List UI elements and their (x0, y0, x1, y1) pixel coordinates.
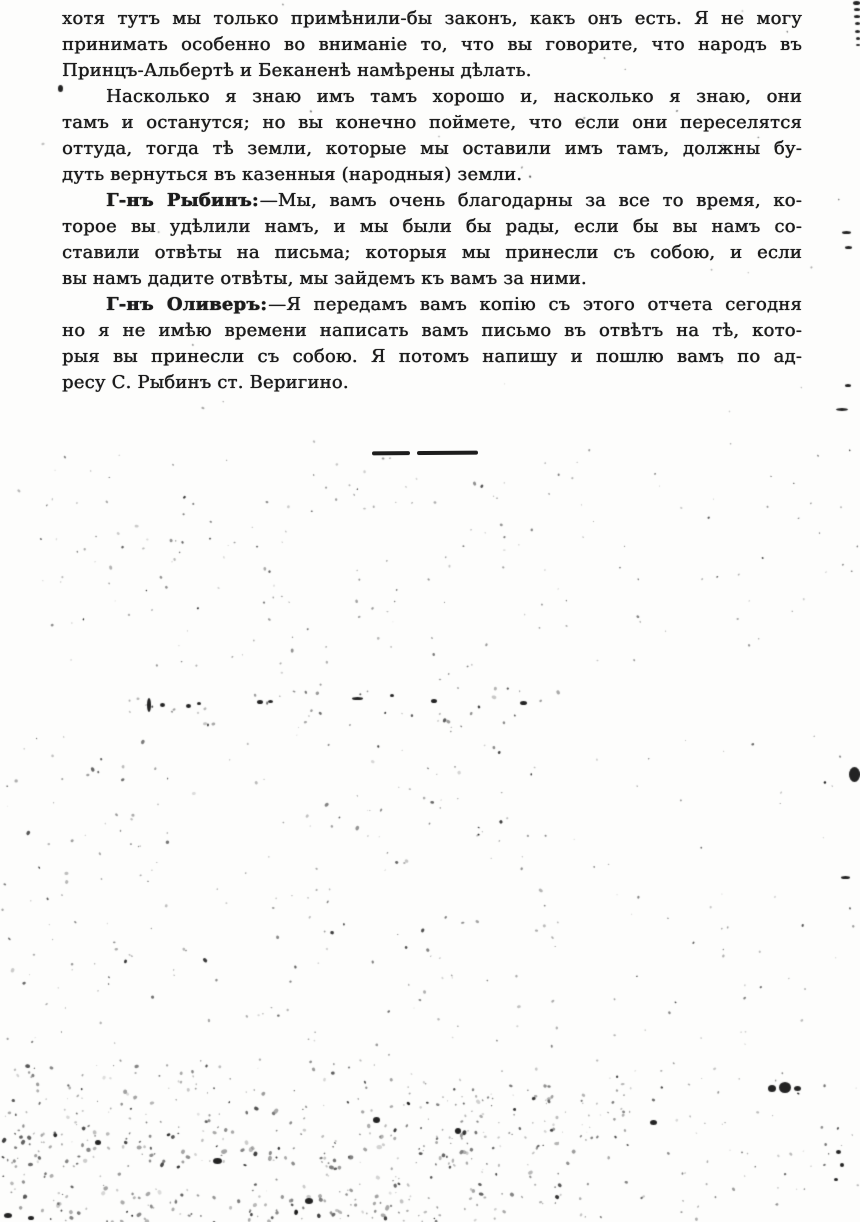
text-line: ресу С. Рыбинъ ст. Веригино. (62, 370, 802, 396)
text-line: торое вы удѣлили намъ, и мы были бы рады… (62, 214, 802, 240)
paragraph: Г-нъ Рыбинъ:—Мы, вамъ очень благодарны з… (62, 188, 802, 292)
text-line: ставили отвѣты на письма; которыя мы при… (62, 240, 802, 266)
text-line: но я не имѣю времени написать вамъ письм… (62, 318, 802, 344)
speaker-name: Г-нъ Оливеръ: (106, 294, 267, 315)
divider-dash-right (417, 451, 478, 455)
section-divider-rule (372, 451, 478, 458)
paragraph: Г-нъ Оливеръ:—Я передамъ вамъ копію съ э… (62, 292, 802, 396)
text-line: дуть вернуться въ казенныя (народныя) зе… (62, 162, 802, 188)
text-line: вы намъ дадите отвѣты, мы зайдемъ къ вам… (62, 266, 802, 292)
text-line: оттуда, тогда тѣ земли, которые мы остав… (62, 136, 802, 162)
text-line: хотя тутъ мы только примѣнили-бы законъ,… (62, 6, 802, 32)
divider-dash-left (372, 451, 410, 455)
scanned-page: хотя тутъ мы только примѣнили-бы законъ,… (0, 0, 860, 1222)
document-text: хотя тутъ мы только примѣнили-бы законъ,… (62, 6, 802, 396)
text-line: Г-нъ Рыбинъ:—Мы, вамъ очень благодарны з… (62, 188, 802, 214)
text-line: Насколько я знаю имъ тамъ хорошо и, наск… (62, 84, 802, 110)
paragraph: Насколько я знаю имъ тамъ хорошо и, наск… (62, 84, 802, 188)
text-line: принимать особенно во вниманіе то, что в… (62, 32, 802, 58)
text-line: Принцъ-Альбертѣ и Беканенѣ намѣрены дѣла… (62, 58, 802, 84)
text-line: рыя вы принесли съ собою. Я потомъ напиш… (62, 344, 802, 370)
speaker-name: Г-нъ Рыбинъ: (106, 190, 259, 211)
paragraph: хотя тутъ мы только примѣнили-бы законъ,… (62, 6, 802, 84)
text-line: тамъ и останутся; но вы конечно поймете,… (62, 110, 802, 136)
text-line: Г-нъ Оливеръ:—Я передамъ вамъ копію съ э… (62, 292, 802, 318)
